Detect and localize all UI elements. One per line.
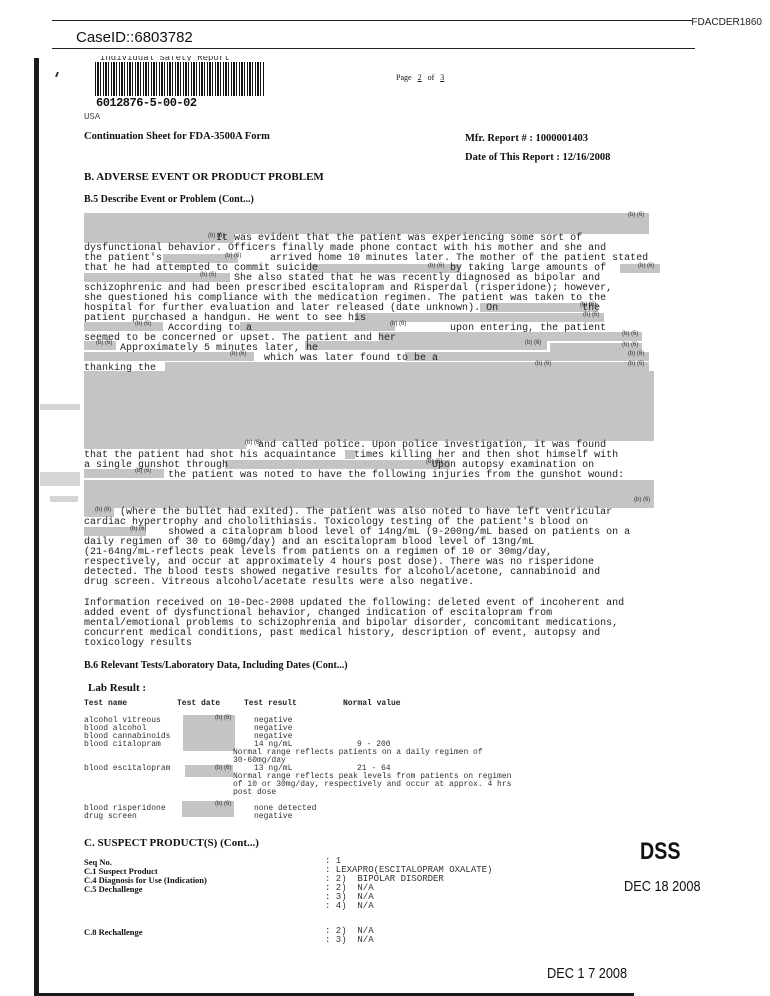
redaction-box	[84, 480, 654, 508]
field-value: : 2) N/A : 3) N/A	[325, 927, 374, 945]
page-of: of	[428, 73, 435, 82]
form-title: Continuation Sheet for FDA-3500A Form	[84, 131, 270, 142]
lab-header-normal-value: Normal value	[343, 700, 401, 708]
event-narrative-part2: and called police. Upon police investiga…	[84, 441, 624, 481]
follow-up-update-text: Information received on 10-Dec-2008 upda…	[84, 599, 624, 649]
report-date: Date of This Report : 12/16/2008	[465, 152, 610, 163]
page-current: 2	[414, 73, 426, 82]
header-bottom-rule	[52, 48, 695, 49]
event-narrative-part1: It was evident that the patient was expe…	[84, 234, 648, 374]
lab-result-label: Lab Result :	[88, 682, 146, 694]
fda-document-code: FDACDER1860	[691, 17, 762, 28]
page-label: Page	[396, 73, 412, 82]
received-date-stamp: DEC 18 2008	[624, 878, 701, 895]
lab-header-test-result: Test result	[244, 700, 297, 708]
redaction-box	[84, 371, 654, 439]
lab-note-escitalopram: Normal range reflects peak levels from p…	[233, 773, 511, 797]
event-narrative-part3: (where the bullet had exited). The patie…	[84, 508, 630, 588]
barcode-number: 6012876-5-00-02	[96, 96, 197, 110]
section-c-heading: C. SUSPECT PRODUCT(S) (Cont...)	[84, 837, 259, 849]
redaction-tag: (b) (6)	[215, 765, 231, 771]
page-total: 3	[436, 73, 448, 82]
lab-header-test-date: Test date	[177, 700, 220, 708]
country: USA	[84, 112, 100, 122]
scan-noise	[50, 496, 78, 502]
scan-noise	[40, 472, 80, 486]
scan-border-left	[34, 58, 39, 996]
scan-noise	[40, 404, 80, 410]
b5-heading: B.5 Describe Event or Problem (Cont...)	[84, 194, 254, 205]
lab-test-result: negative	[254, 813, 292, 821]
mfr-report-number: Mfr. Report # : 1000001403	[465, 133, 588, 144]
redaction-box	[84, 213, 649, 234]
scan-mark	[55, 72, 59, 77]
section-b-heading: B. ADVERSE EVENT OR PRODUCT PROBLEM	[84, 171, 324, 183]
field-value: : 2) N/A : 3) N/A : 4) N/A	[325, 884, 374, 911]
case-id: CaseID::6803782	[76, 29, 193, 46]
redaction-tag: (b) (6)	[634, 497, 650, 503]
field-label: C.8 Rechallenge	[84, 927, 143, 937]
lab-header-test-name: Test name	[84, 700, 127, 708]
field-label: C.5 Dechallenge	[84, 884, 143, 894]
lab-test-name: drug screen	[84, 813, 137, 821]
b6-heading: B.6 Relevant Tests/Laboratory Data, Incl…	[84, 660, 348, 671]
redaction-tag: (b) (6)	[215, 715, 231, 721]
lab-test-name: blood citalopram	[84, 741, 161, 749]
barcode-image	[95, 62, 265, 96]
lab-note-citalopram: Normal range reflects patients on a dail…	[233, 749, 483, 765]
barcode-caption: Individual Safety Report	[100, 56, 265, 61]
page-indicator: Page 2 of 3	[396, 73, 448, 82]
redaction-tag: (b) (6)	[215, 801, 231, 807]
dss-stamp: DSS	[640, 838, 680, 866]
lab-test-name: blood escitalopram	[84, 765, 170, 773]
redaction-tag: (b) (6)	[628, 212, 644, 218]
date-stamp: DEC 1 7 2008	[547, 965, 627, 982]
header-top-rule	[52, 20, 692, 21]
